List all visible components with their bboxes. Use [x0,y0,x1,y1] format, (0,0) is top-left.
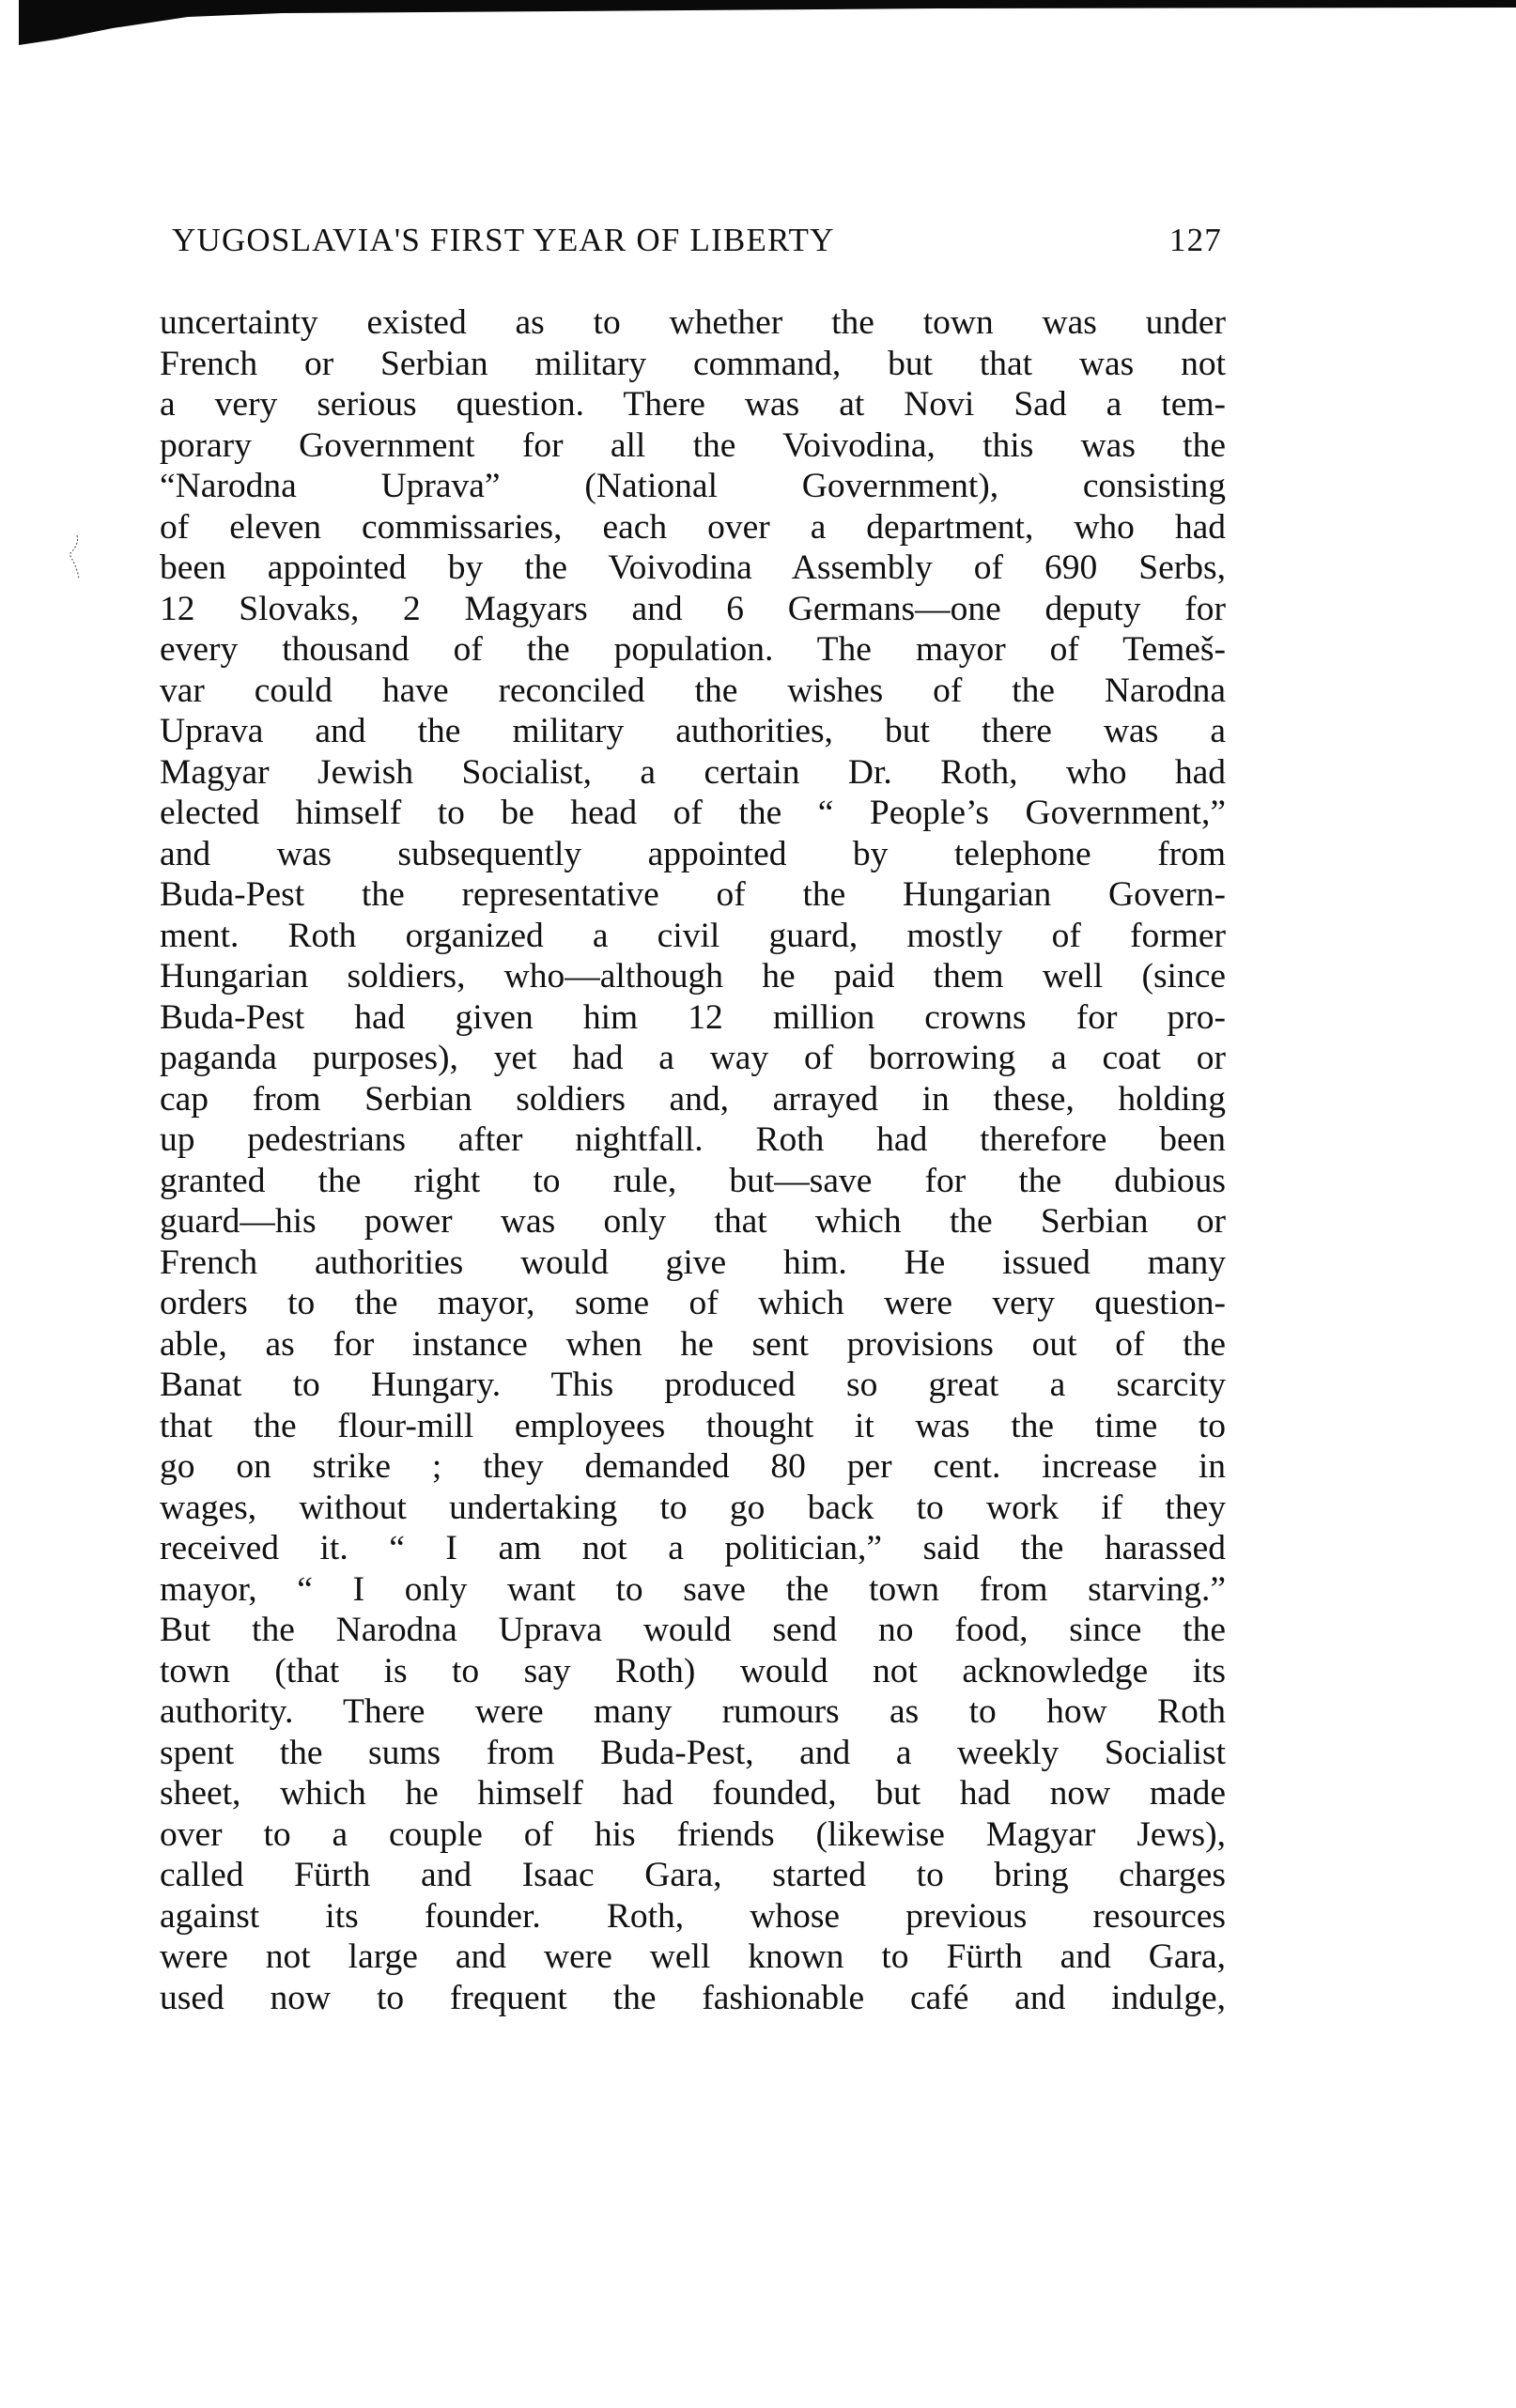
text-line: guard—his power was only that which the … [160,1201,1226,1243]
text-line: spent the sums from Buda-Pest, and a wee… [160,1733,1226,1774]
text-line: cap from Serbian soldiers and, arrayed i… [160,1079,1226,1120]
text-line: used now to frequent the fashionable caf… [160,1978,1226,2019]
page-number: 127 [1169,222,1226,259]
text-line: able, as for instance when he sent provi… [160,1324,1226,1366]
text-line: French authorities would give him. He is… [160,1243,1226,1284]
running-head-title: YUGOSLAVIA'S FIRST YEAR OF LIBERTY [172,222,835,259]
text-line: sheet, which he himself had founded, but… [160,1773,1226,1814]
text-line: French or Serbian military command, but … [160,344,1226,385]
text-line: town (that is to say Roth) would not ack… [160,1651,1226,1692]
text-line: authority. There were many rumours as to… [160,1691,1226,1733]
text-line: elected himself to be head of the “ Peop… [160,793,1226,834]
text-line: paganda purposes), yet had a way of borr… [160,1038,1226,1079]
text-line: go on strike ; they demanded 80 per cent… [160,1446,1226,1488]
text-line: wages, without undertaking to go back to… [160,1488,1226,1529]
text-line: of eleven commissaries, each over a depa… [160,507,1226,548]
text-line: var could have reconciled the wishes of … [160,671,1226,712]
text-line: Hungarian soldiers, who—although he paid… [160,956,1226,997]
text-line: uncertainty existed as to whether the to… [160,302,1226,344]
text-line: “Narodna Uprava” (National Government), … [160,466,1226,507]
text-line: granted the right to rule, but—save for … [160,1161,1226,1202]
text-line: Uprava and the military authorities, but… [160,711,1226,752]
text-line: received it. “ I am not a politician,” s… [160,1528,1226,1569]
body-text: uncertainty existed as to whether the to… [160,302,1226,2018]
text-line: orders to the mayor, some of which were … [160,1283,1226,1324]
text-line: were not large and were well known to Fü… [160,1937,1226,1978]
text-line: Buda-Pest had given him 12 million crown… [160,997,1226,1039]
text-line: been appointed by the Voivodina Assembly… [160,548,1226,589]
text-line: 12 Slovaks, 2 Magyars and 6 Germans—one … [160,589,1226,630]
text-line: Banat to Hungary. This produced so great… [160,1365,1226,1406]
text-line: ment. Roth organized a civil guard, most… [160,916,1226,957]
scan-edge-shadow [0,0,1516,56]
text-line: and was subsequently appointed by teleph… [160,834,1226,875]
text-line: Buda-Pest the representative of the Hung… [160,874,1226,916]
text-line: mayor, “ I only want to save the town fr… [160,1569,1226,1611]
text-line: that the flour-mill employees thought it… [160,1406,1226,1447]
text-line: Magyar Jewish Socialist, a certain Dr. R… [160,752,1226,794]
text-line: over to a couple of his friends (likewis… [160,1814,1226,1856]
margin-pencil-mark [64,533,83,584]
text-line: porary Government for all the Voivodina,… [160,425,1226,467]
text-line: up pedestrians after nightfall. Roth had… [160,1119,1226,1161]
text-line: But the Narodna Uprava would send no foo… [160,1610,1226,1651]
text-line: every thousand of the population. The ma… [160,629,1226,671]
text-line: a very serious question. There was at No… [160,384,1226,425]
text-line: against its founder. Roth, whose previou… [160,1896,1226,1937]
running-head: YUGOSLAVIA'S FIRST YEAR OF LIBERTY 127 [172,222,1226,259]
text-line: called Fürth and Isaac Gara, started to … [160,1855,1226,1896]
